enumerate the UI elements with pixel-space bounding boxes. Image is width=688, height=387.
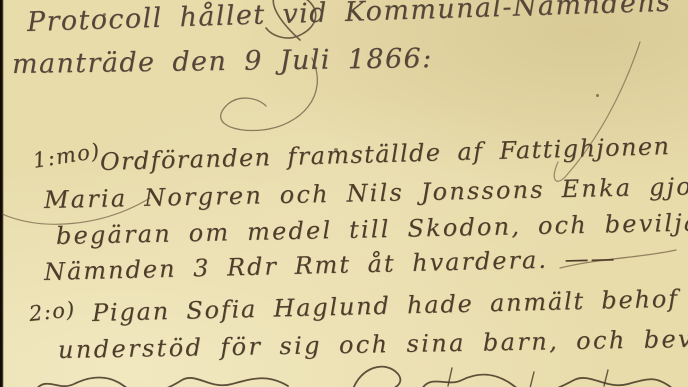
- entry-2-marker: 2:o): [28, 297, 77, 326]
- paper-speck: [596, 94, 599, 97]
- protocol-heading-line-2: manträde den 9 Juli 1866:: [12, 43, 433, 80]
- entry-1-line-4: Nämnden 3 Rdr Rmt åt hvardera. ——: [44, 244, 617, 286]
- manuscript-page: Protocoll hållet vid Kommunal-Nämndens S…: [0, 0, 688, 387]
- entry-1-line-2: Maria Norgren och Nils Jonssons Enka gjo…: [44, 171, 688, 214]
- entry-2-line-1: Pigan Sofia Haglund hade anmält behof af: [92, 284, 688, 327]
- entry-1-line-1: Ordföranden framställde af Fattighjonen: [100, 132, 671, 176]
- entry-2-line-2: understöd för sig och sina barn, och bev…: [58, 324, 688, 364]
- protocol-heading-line-1: Protocoll hållet vid Kommunal-Nämndens S…: [27, 0, 688, 38]
- entry-1-marker: 1:mo): [31, 138, 102, 172]
- page-binding-edge: [0, 0, 4, 387]
